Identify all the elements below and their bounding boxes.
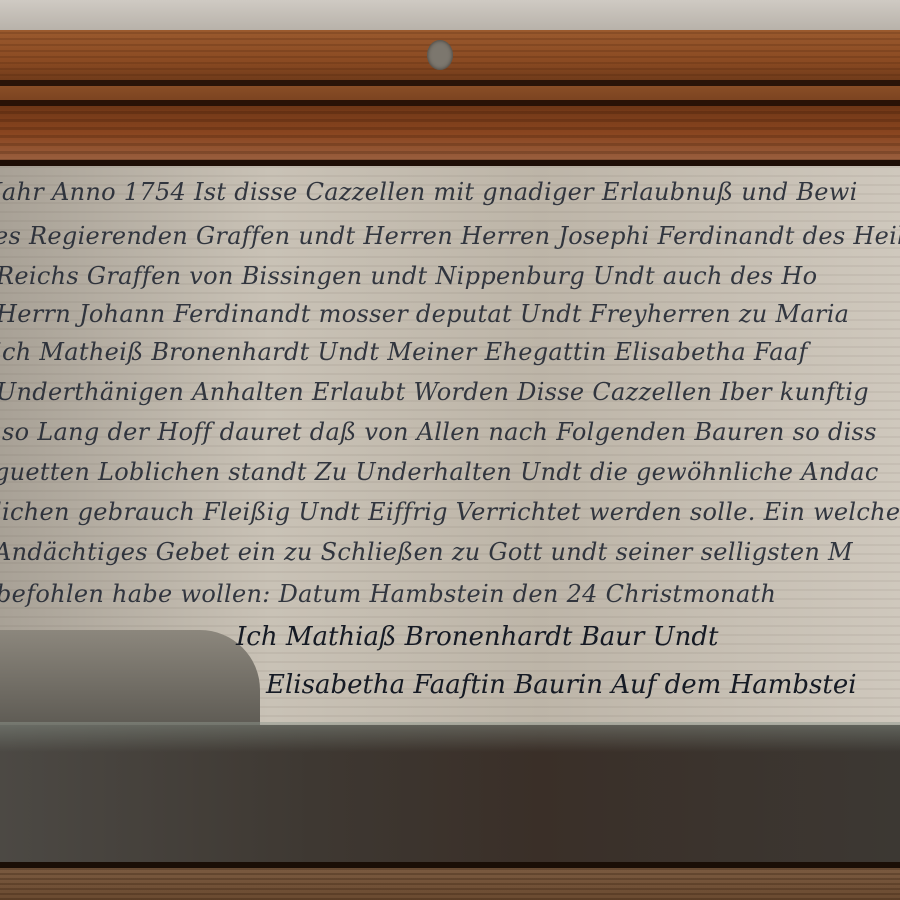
inscription-line: es Regierenden Graffen undt Herren Herre…: [0, 222, 900, 250]
inscription-line: so Lang der Hoff dauret daß von Allen na…: [2, 418, 877, 446]
panel-edge-highlight: [0, 722, 900, 752]
inscription-line: Reichs Graffen von Bissingen undt Nippen…: [0, 262, 817, 290]
inscription-line: Jahr Anno 1754 Ist disse Cazzellen mit g…: [0, 178, 858, 206]
signature-mathias: Ich Mathiaß Bronenhardt Baur Undt: [236, 622, 719, 652]
signature-elisabetha: Elisabetha Faaftin Baurin Auf dem Hambst…: [266, 670, 857, 700]
inscription-line: ich Matheiß Bronenhardt Undt Meiner Eheg…: [0, 338, 808, 366]
inscription-date-line: befohlen habe wollen: Datum Hambstein de…: [0, 580, 776, 608]
inscription-line: Underthänigen Anhalten Erlaubt Worden Di…: [0, 378, 869, 406]
frame-bottom-rail: [0, 868, 900, 900]
inscription-line: lichen gebrauch Fleißig Undt Eiffrig Ver…: [0, 498, 900, 526]
inscription-line: Herrn Johann Ferdinandt mosser deputat U…: [0, 300, 849, 328]
wall-background: [0, 0, 900, 30]
water-stain: [0, 630, 260, 730]
wooden-peg: [427, 40, 453, 70]
inscription-line: Andächtiges Gebet ein zu Schließen zu Go…: [0, 538, 853, 566]
inscription-line: guetten Loblichen standt Zu Underhalten …: [0, 458, 879, 486]
frame-band: [0, 106, 900, 162]
